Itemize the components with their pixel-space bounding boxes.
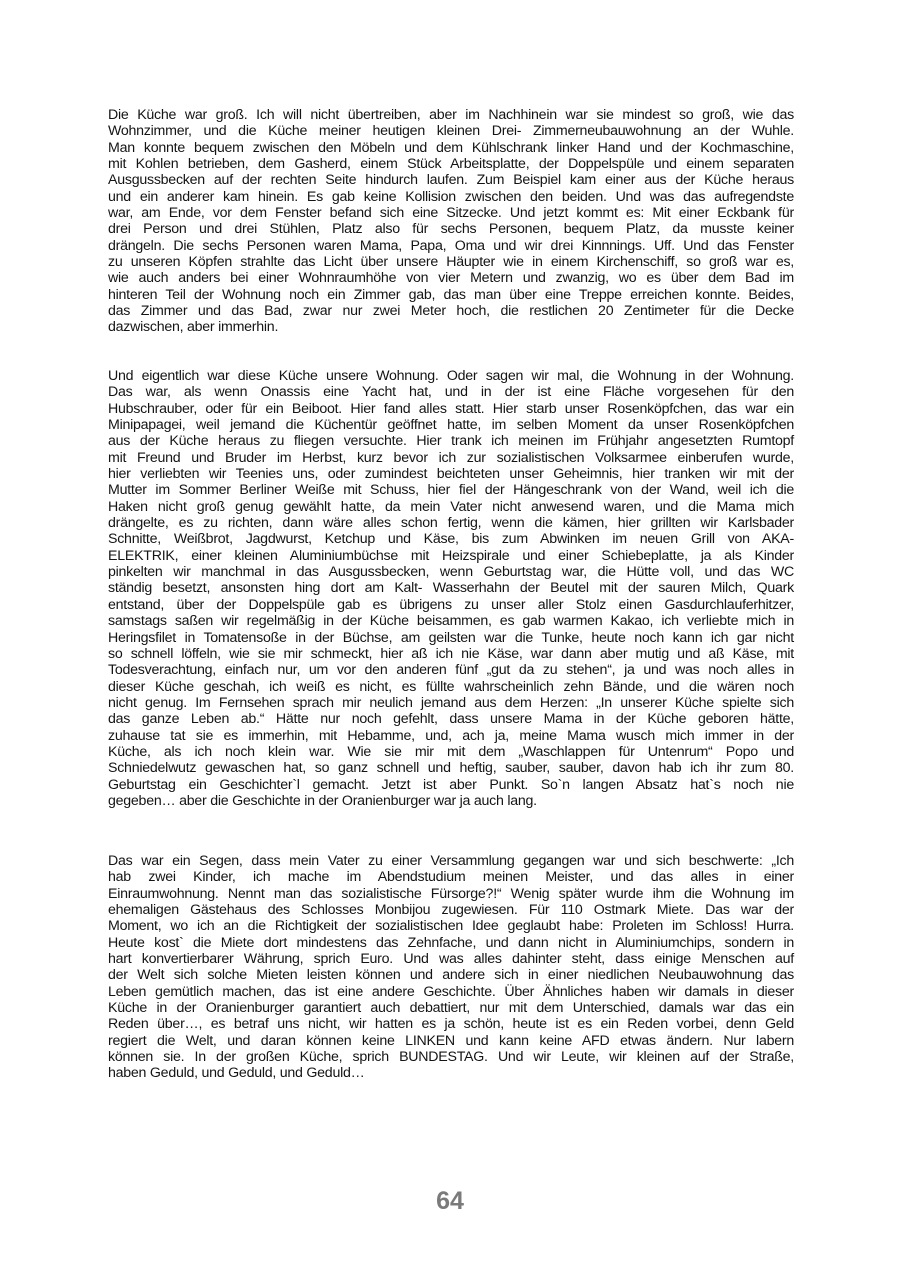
text-line: so schnell löffeln, wie sie mir schmeckt… (108, 646, 794, 662)
text-line: war, am Ende, vor dem Fenster befand sic… (108, 205, 794, 221)
text-line: Das war, als wenn Onassis eine Yacht hat… (108, 384, 794, 400)
text-line: Moment, wo ich an die Richtigkeit der so… (108, 918, 794, 934)
text-line: Küche in der Oranienburger garantiert au… (108, 1000, 794, 1016)
text-line: wie auch anders bei einer Wohnraumhöhe v… (108, 270, 794, 286)
text-line: drängeln. Die sechs Personen waren Mama,… (108, 238, 794, 254)
text-line: drei Person und drei Stühlen, Platz also… (108, 221, 794, 237)
text-line: Ausgussbecken auf der rechten Seite hind… (108, 172, 794, 188)
text-line: Heringsfilet in Tomatensoße in der Büchs… (108, 630, 794, 646)
paragraph-1: Die Küche war groß. Ich will nicht übert… (108, 107, 794, 336)
text-line: Minipapagei, weil jemand die Küchentür g… (108, 417, 794, 433)
text-line: dazwischen, aber immerhin. (108, 319, 794, 335)
text-line: Man konnte bequem zwischen den Möbeln un… (108, 140, 794, 156)
text-line: aus der Küche heraus zu fliegen versucht… (108, 433, 794, 449)
text-line: Schnitte, Weißbrot, Jagdwurst, Ketchup u… (108, 531, 794, 547)
text-line: entstand, über der Doppelspüle gab es üb… (108, 597, 794, 613)
text-line: Das war ein Segen, dass mein Vater zu ei… (108, 853, 794, 869)
text-line: gegeben… aber die Geschichte in der Oran… (108, 793, 794, 809)
text-line: Haken nicht groß genug gewählt hatte, da… (108, 499, 794, 515)
text-line: zuhause tat sie es immerhin, mit Hebamme… (108, 728, 794, 744)
text-line: ELEKTRIK, einer kleinen Aluminiumbüchse … (108, 548, 794, 564)
text-line: der Welt sich solche Mieten leisten könn… (108, 967, 794, 983)
text-line: pinkelten wir manchmal in das Ausgussbec… (108, 564, 794, 580)
text-line: Hubschrauber, oder für ein Beiboot. Hier… (108, 401, 794, 417)
text-line: zu unseren Köpfen strahlte das Licht übe… (108, 254, 794, 270)
text-line: Einraumwohnung. Nennt man das sozialisti… (108, 886, 794, 902)
text-line: samstags saßen wir regelmäßig in der Küc… (108, 613, 794, 629)
text-line: Und eigentlich war diese Küche unsere Wo… (108, 368, 794, 384)
text-line: mit Freund und Bruder im Herbst, kurz be… (108, 450, 794, 466)
page-number: 64 (0, 1187, 900, 1216)
text-line: können sie. In der großen Küche, sprich … (108, 1049, 794, 1065)
text-line: dieser Küche geschah, ich weiß es nicht,… (108, 679, 794, 695)
text-line: Die Küche war groß. Ich will nicht übert… (108, 107, 794, 123)
text-line: Wohnzimmer, und die Küche meiner heutige… (108, 123, 794, 139)
text-line: hart konvertierbarer Währung, sprich Eur… (108, 951, 794, 967)
text-line: Leben gemütlich machen, das ist eine and… (108, 984, 794, 1000)
text-line: mit Kohlen betrieben, dem Gasherd, einem… (108, 156, 794, 172)
text-line: regiert die Welt, und daran können keine… (108, 1033, 794, 1049)
text-line: nicht genug. Im Fernsehen sprach mir neu… (108, 695, 794, 711)
paragraph-2: Und eigentlich war diese Küche unsere Wo… (108, 368, 794, 809)
text-line: Geburtstag ein Geschichter`l gemacht. Je… (108, 777, 794, 793)
text-line: das Zimmer und das Bad, zwar nur zwei Me… (108, 303, 794, 319)
text-line: hier verliebten wir Teenies uns, oder zu… (108, 466, 794, 482)
paragraph-3: Das war ein Segen, dass mein Vater zu ei… (108, 853, 794, 1082)
text-line: und ein anderer kam hinein. Es gab keine… (108, 189, 794, 205)
text-line: Mutter im Sommer Berliner Weiße mit Schu… (108, 482, 794, 498)
document-page: Die Küche war groß. Ich will nicht übert… (0, 0, 900, 1273)
text-line: Reden über…, es betraf uns nicht, wir ha… (108, 1016, 794, 1032)
text-line: ehemaligen Gästehaus des Schlosses Monbi… (108, 902, 794, 918)
text-line: drängelte, es zu richten, dann wäre alle… (108, 515, 794, 531)
text-line: Heute kost` die Miete dort mindestens da… (108, 935, 794, 951)
text-line: das ganze Leben ab.“ Hätte nur noch gefe… (108, 711, 794, 727)
text-line: hab zwei Kinder, ich mache im Abendstudi… (108, 869, 794, 885)
text-line: haben Geduld, und Geduld, und Geduld… (108, 1065, 794, 1081)
text-line: hinteren Teil der Wohnung noch ein Zimme… (108, 287, 794, 303)
text-line: ständig besetzt, ansonsten hing dort am … (108, 580, 794, 596)
text-line: Küche, als ich noch klein war. Wie sie m… (108, 744, 794, 760)
text-line: Schniedelwutz gewaschen hat, so ganz sch… (108, 760, 794, 776)
text-line: Todesverachtung, einfach nur, um vor den… (108, 662, 794, 678)
